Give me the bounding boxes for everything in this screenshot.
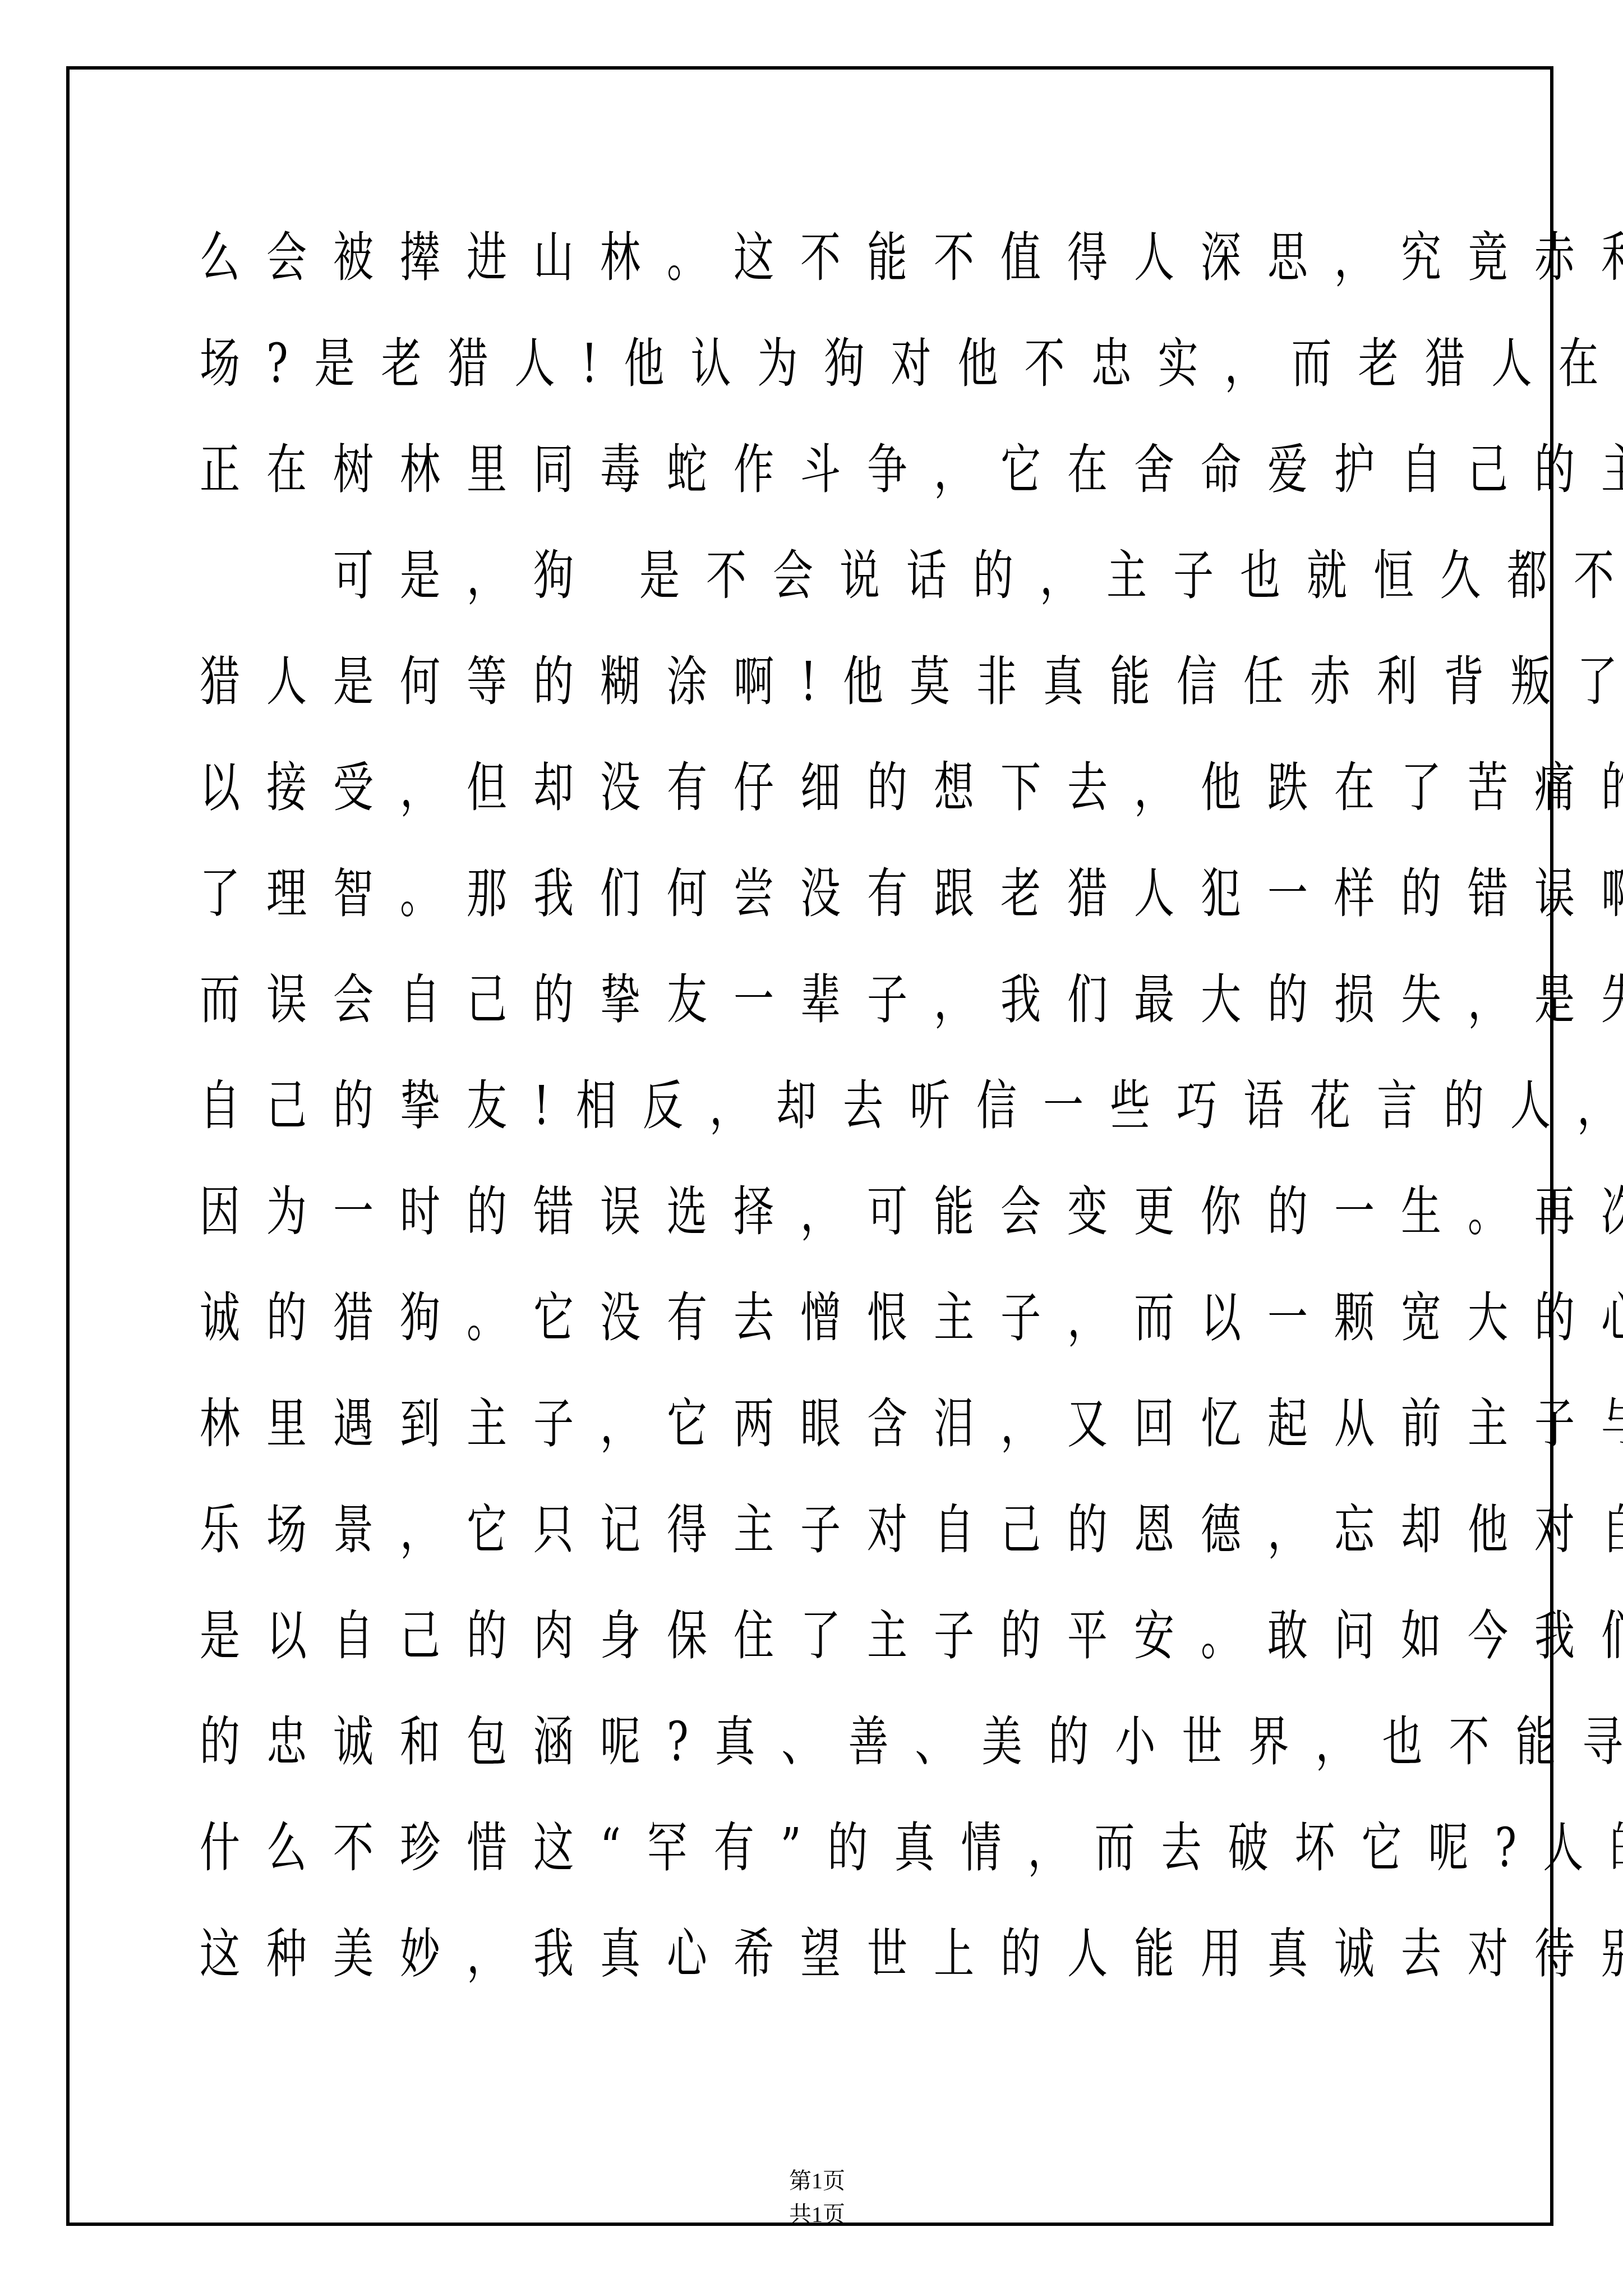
current-page-label: 第1页 [789, 2168, 845, 2193]
page-footer: 第1页 共1页 [0, 2131, 1623, 2231]
document-body: 么会被撵进山林。这不能不值得人深思，究竟赤利为什么落得如此下 场?是老猎人!他认… [200, 213, 1433, 2016]
total-pages-label: 共1页 [789, 2202, 845, 2227]
text-line: 这种美妙，我真心希望世上的人能用真诚去对待别人，这样别人才会 [200, 1910, 1433, 2049]
